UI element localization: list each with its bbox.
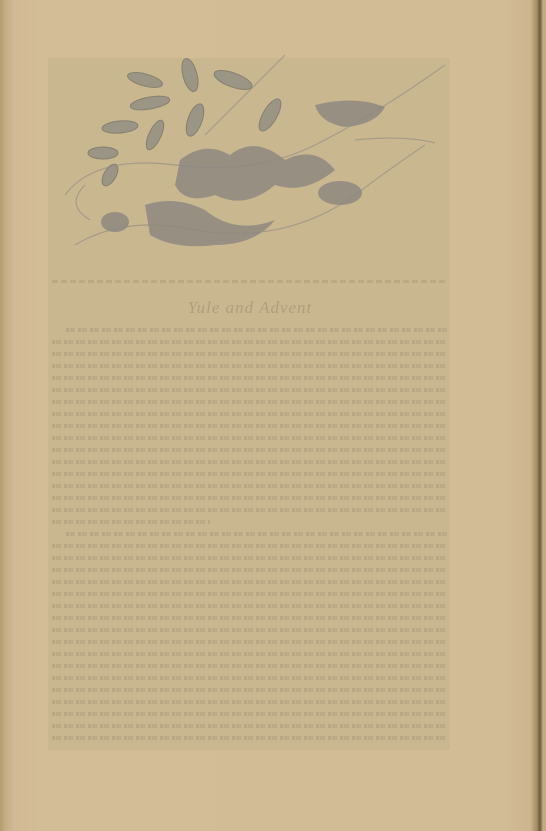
text-line bbox=[52, 580, 448, 584]
text-line bbox=[52, 508, 448, 512]
text-line bbox=[52, 556, 448, 560]
text-line bbox=[52, 676, 448, 680]
text-line bbox=[52, 736, 448, 740]
text-line bbox=[52, 688, 448, 692]
text-line bbox=[52, 472, 448, 476]
text-line bbox=[52, 628, 448, 632]
body-text bbox=[52, 328, 448, 748]
text-line bbox=[52, 388, 448, 392]
text-line bbox=[52, 436, 448, 440]
text-line bbox=[52, 664, 448, 668]
text-line bbox=[52, 652, 448, 656]
text-line bbox=[52, 460, 448, 464]
text-line bbox=[52, 364, 448, 368]
text-line bbox=[52, 604, 448, 608]
text-line bbox=[66, 532, 448, 536]
text-line bbox=[52, 544, 448, 548]
text-line bbox=[52, 340, 448, 344]
text-line bbox=[52, 424, 448, 428]
text-line bbox=[52, 400, 448, 404]
text-line bbox=[52, 520, 210, 524]
text-line bbox=[52, 616, 448, 620]
header-rule bbox=[52, 280, 447, 283]
text-line bbox=[66, 328, 448, 332]
text-line bbox=[52, 412, 448, 416]
book-page: Yule and Advent bbox=[0, 0, 546, 831]
text-line bbox=[52, 448, 448, 452]
text-line bbox=[52, 712, 448, 716]
text-line bbox=[52, 724, 448, 728]
chapter-title: Yule and Advent bbox=[0, 298, 500, 318]
leaf-ribbon-illustration bbox=[55, 45, 450, 255]
text-line bbox=[52, 484, 448, 488]
text-line bbox=[52, 496, 448, 500]
text-line bbox=[52, 376, 448, 380]
text-line bbox=[52, 568, 448, 572]
text-line bbox=[52, 352, 448, 356]
text-line bbox=[52, 640, 448, 644]
text-line bbox=[52, 592, 448, 596]
text-line bbox=[52, 700, 448, 704]
